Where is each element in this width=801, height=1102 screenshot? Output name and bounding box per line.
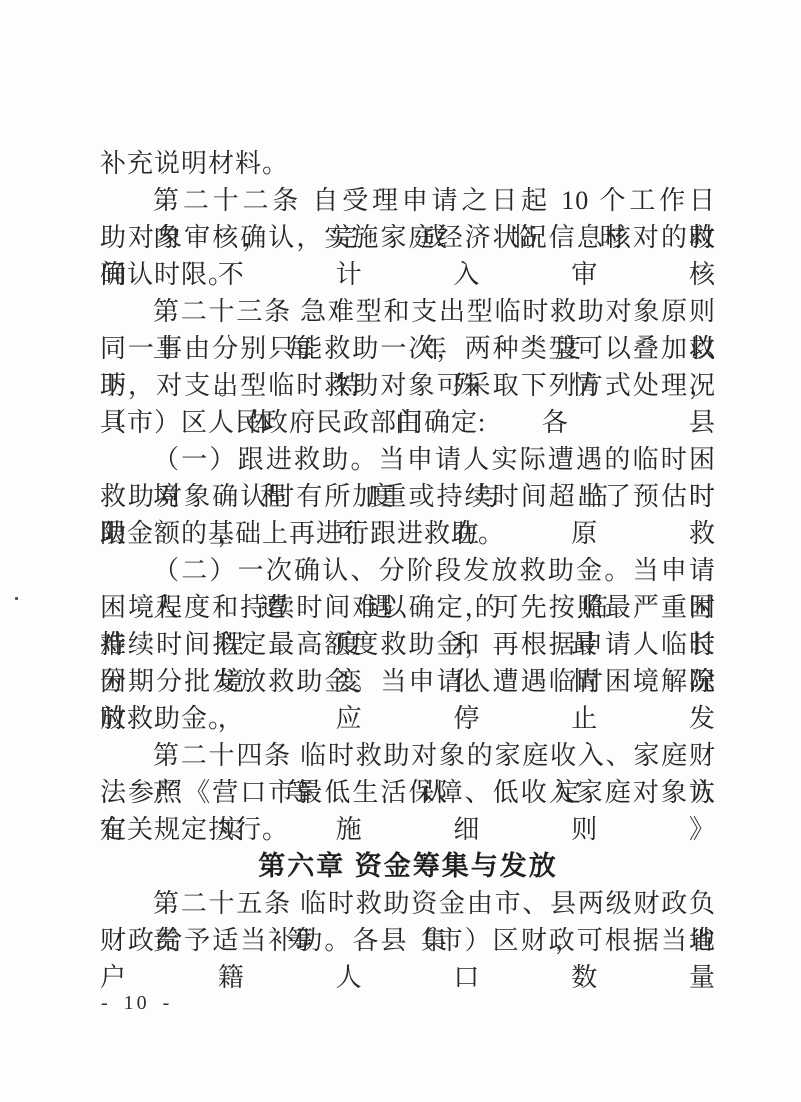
document-body: 补充说明材料。 第二十二条 自受理申请之日起 10 个工作日内，完成临时救 助对… bbox=[100, 145, 716, 959]
text-line: 困境程度和持续时间难以确定，可先按照最严重困难程度和最长 bbox=[100, 589, 716, 626]
text-line: 分期分批发放救助金。当申请人遭遇临时困境解除时，应停止发 bbox=[100, 663, 716, 700]
text-line: 同一事由分别只能救助一次，两种类型可以叠加救助。特殊情况 bbox=[100, 330, 716, 367]
text-line: 救助对象确认时有所加重或持续时间超出了预估时限，可在原救 bbox=[100, 478, 716, 515]
text-line: （一）跟进救助。当申请人实际遭遇的临时困境程度与临时 bbox=[100, 441, 716, 478]
text-line: 补充说明材料。 bbox=[100, 145, 716, 182]
page-number: - 10 - bbox=[101, 992, 172, 1015]
text-line: 助对象审核确认，实施家庭经济状况信息核对的时间不计入审核 bbox=[100, 219, 716, 256]
text-line: 第二十三条 急难型和支出型临时救助对象原则上每年度以 bbox=[100, 293, 716, 330]
text-line: 第二十四条 临时救助对象的家庭收入、家庭财产等认定方 bbox=[100, 737, 716, 774]
chapter-heading: 第六章 资金筹集与发放 bbox=[100, 848, 716, 885]
scan-speck bbox=[15, 597, 18, 600]
text-line: 下，对支出型临时救助对象可采取下列方式处理，具体由各县 bbox=[100, 367, 716, 404]
text-line: （二）一次确认、分阶段发放救助金。当申请人遭遇的临时 bbox=[100, 552, 716, 589]
text-line: 第二十二条 自受理申请之日起 10 个工作日内，完成临时救 bbox=[100, 182, 716, 219]
document-page: 补充说明材料。 第二十二条 自受理申请之日起 10 个工作日内，完成临时救 助对… bbox=[0, 0, 801, 1102]
text-line: 法参照《营口市最低生活保障、低收入家庭对象认定实施细则》 bbox=[100, 774, 716, 811]
text-line: 财政给予适当补助。各县（市）区财政可根据当地户籍人口数量 bbox=[100, 922, 716, 959]
text-line: 持续时间拟定最高额度救助金，再根据申请人临时困境变化情况 bbox=[100, 626, 716, 663]
text-line: 第二十五条 临时救助资金由市、县两级财政负责筹集，省 bbox=[100, 885, 716, 922]
